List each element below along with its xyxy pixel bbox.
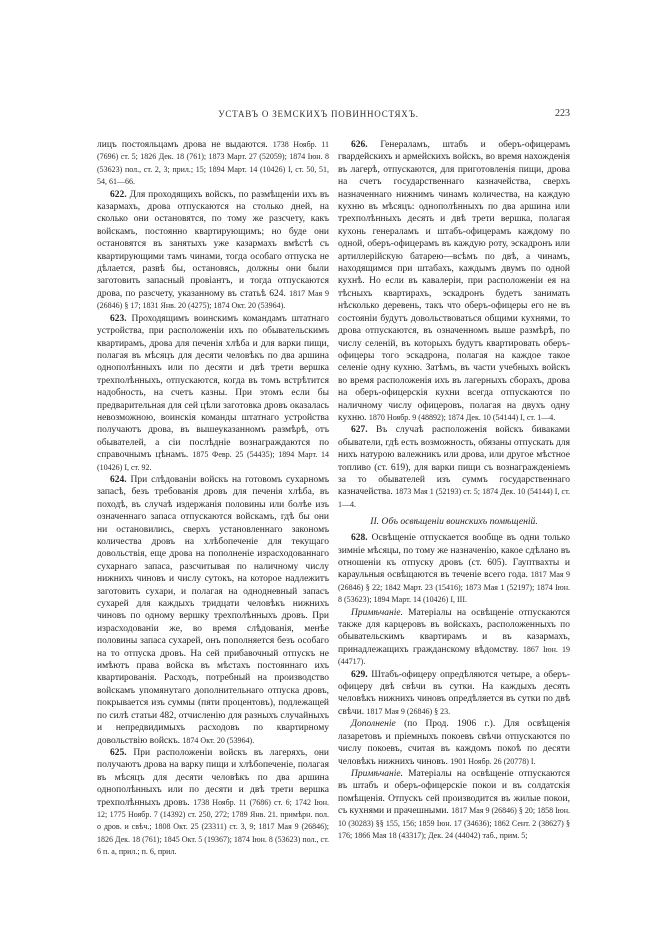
addition-source: (по Прод. 1906 г.).: [404, 719, 495, 729]
note-629: Примѣчаніе. Матеріалы на освѣщеніе отпус…: [338, 768, 570, 842]
scanned-page: УСТАВЪ О ЗЕМСКИХЪ ПОВИННОСТЯХЪ. 223 лицъ…: [0, 0, 660, 950]
law-citation: 1870 Ноябр. 9 (48892); 1874 Дек. 10 (541…: [369, 413, 555, 422]
law-citation: 1901 Ноябр. 26 (20778) I.: [450, 757, 535, 766]
article-622: 622. Для проходящихъ войскъ, по размѣщен…: [97, 189, 329, 313]
article-number: 627.: [351, 425, 368, 435]
column-right: 626. Генераламъ, штабъ и оберъ-офицерамъ…: [338, 139, 570, 842]
column-left: лицъ постояльцамъ дрова не выдаются. 173…: [97, 139, 329, 859]
addition-label: Дополненіе: [351, 719, 396, 729]
article-body: Генераламъ, штабъ и оберъ-офицерамъ гвар…: [338, 140, 570, 423]
law-citation: 1817 Мая 9 (26846) § 23.: [366, 707, 450, 716]
article-624: 624. При слѣдованіи войскъ на готовомъ с…: [97, 474, 329, 747]
article-626: 626. Генераламъ, штабъ и оберъ-офицерамъ…: [338, 139, 570, 424]
article-number: 626.: [351, 140, 368, 150]
law-citation: 1874 Окт. 20 (53964).: [182, 736, 254, 745]
article-number: 628.: [351, 533, 368, 543]
page-number: 223: [555, 108, 570, 119]
article-629: 629. Штабъ-офицеру опредѣляются четыре, …: [338, 669, 570, 719]
article-number: 622.: [110, 190, 127, 200]
note-label: Примѣчаніе.: [351, 769, 403, 779]
running-header: УСТАВЪ О ЗЕМСКИХЪ ПОВИННОСТЯХЪ. 223: [97, 109, 570, 123]
addition-629: Дополненіе (по Прод. 1906 г.). Для освѣщ…: [338, 718, 570, 768]
article-number: 629.: [351, 670, 368, 680]
article-625: 625. При расположеніи войскъ въ лагеряхъ…: [97, 747, 329, 859]
article-number: 625.: [110, 748, 127, 758]
article-627: 627. Въ случаѣ расположенія войскъ бивак…: [338, 424, 570, 511]
note-628: Примѣчаніе. Матеріалы на освѣщеніе отпус…: [338, 607, 570, 669]
article-628: 628. Освѣщеніе отпускается вообще въ одн…: [338, 532, 570, 606]
paragraph-continuation: лицъ постояльцамъ дрова не выдаются. 173…: [97, 139, 329, 189]
note-label: Примѣчаніе.: [351, 608, 403, 618]
running-header-title: УСТАВЪ О ЗЕМСКИХЪ ПОВИННОСТЯХЪ.: [97, 109, 540, 119]
section-heading: II. Объ освѣщеніи воинскихъ помѣщеній.: [338, 516, 570, 528]
article-623: 623. Проходящимъ воинскимъ командамъ шта…: [97, 313, 329, 474]
article-body: Проходящимъ воинскимъ командамъ штатнаго…: [97, 314, 329, 460]
article-number: 623.: [110, 314, 127, 324]
article-number: 624.: [110, 475, 127, 485]
article-body: Для проходящихъ войскъ, по размѣщеніи их…: [97, 190, 329, 299]
article-body: При слѣдованіи войскъ на готовомъ сухарн…: [97, 475, 329, 746]
article-body: лицъ постояльцамъ дрова не выдаются.: [97, 140, 268, 150]
page-body: лицъ постояльцамъ дрова не выдаются. 173…: [97, 139, 570, 859]
